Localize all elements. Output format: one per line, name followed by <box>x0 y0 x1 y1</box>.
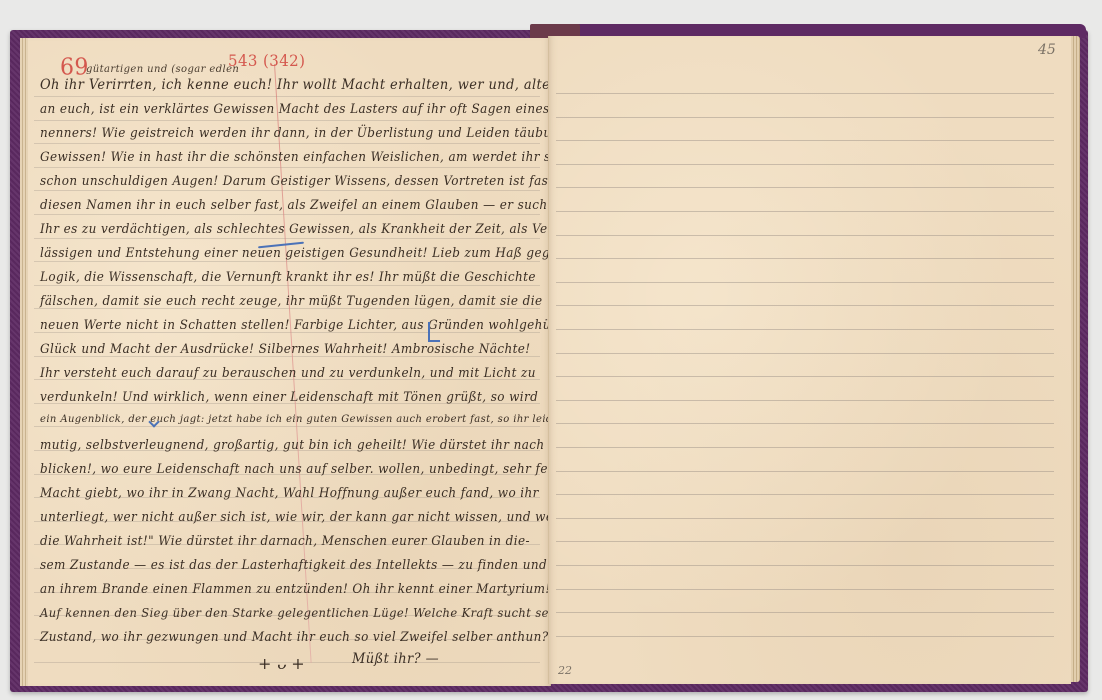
ruled-line <box>556 305 1054 306</box>
closing-mark: + ᴗ + <box>258 654 305 673</box>
text-line: Logik, die Wissenschaft, die Vernunft kr… <box>40 269 536 284</box>
text-line: Ihr es zu verdächtigen, als schlechtes G… <box>40 221 589 236</box>
ruled-line <box>556 400 1054 401</box>
text-line: an euch, ist ein verklärtes Gewissen Mac… <box>40 101 597 116</box>
ruled-line <box>556 471 1054 472</box>
page-number-top: 45 <box>1038 42 1056 58</box>
ruled-line <box>556 140 1054 141</box>
ruled-line <box>556 447 1054 448</box>
text-line: Müßt ihr? — <box>352 651 439 667</box>
text-line: schon unschuldigen Augen! Darum Geistige… <box>40 173 572 188</box>
text-line: Macht giebt, wo ihr in Zwang Nacht, Wahl… <box>40 485 539 500</box>
ruled-line <box>34 214 540 215</box>
text-line: die Wahrheit ist!" Wie dürstet ihr darna… <box>40 533 530 548</box>
text-line: Ihr versteht euch darauf zu berauschen u… <box>40 365 536 380</box>
ruled-line <box>34 426 540 427</box>
header-insert: gütartigen und (sogar edlen <box>86 63 239 75</box>
ruled-line <box>556 211 1054 212</box>
right-page <box>548 36 1071 684</box>
text-line: Zustand, wo ihr gezwungen und Macht ihr … <box>40 629 565 644</box>
text-line: Auf kennen den Sieg über den Starke gele… <box>40 605 573 620</box>
page-number-bottom: 22 <box>558 664 572 677</box>
ruled-line <box>556 636 1054 637</box>
ruled-line <box>556 353 1054 354</box>
archive-reference: 543 (342) <box>228 51 305 70</box>
ruled-line <box>556 376 1054 377</box>
ruled-line <box>556 164 1054 165</box>
text-line: diesen Namen ihr in euch selber fast, al… <box>40 197 553 212</box>
page-stack-edges-left <box>20 38 28 686</box>
ruled-line <box>556 589 1054 590</box>
text-line: Glück und Macht der Ausdrücke! Silbernes… <box>40 341 531 356</box>
ruled-line <box>556 235 1054 236</box>
text-line: neuen Werte nicht in Schatten stellen! F… <box>40 317 574 332</box>
ruled-line <box>34 167 540 168</box>
ruled-line <box>556 117 1054 118</box>
ruled-line <box>556 282 1054 283</box>
ruled-line <box>556 541 1054 542</box>
ruled-line <box>556 93 1054 94</box>
blue-bracket-mark <box>428 322 440 342</box>
text-line: Gewissen! Wie in hast ihr die schönsten … <box>40 149 582 164</box>
ruled-line <box>556 518 1054 519</box>
ruled-line <box>34 308 540 309</box>
text-line: lässigen und Entstehung einer neuen geis… <box>40 245 590 260</box>
ruled-line <box>34 190 540 191</box>
text-line: fälschen, damit sie euch recht zeuge, ih… <box>40 293 542 308</box>
text-line: unterliegt, wer nicht außer sich ist, wi… <box>40 509 559 524</box>
ruled-line <box>556 565 1054 566</box>
text-line: verdunkeln! Und wirklich, wenn einer Lei… <box>40 389 538 404</box>
text-line: sem Zustande — es ist das der Lasterhaft… <box>40 557 547 572</box>
ruled-line <box>34 143 540 144</box>
text-line: ein Augenblick, der euch jagt: jetzt hab… <box>40 413 619 425</box>
ruled-line <box>34 238 540 239</box>
ruled-line <box>34 332 540 333</box>
ruled-line <box>556 187 1054 188</box>
ruled-line <box>556 258 1054 259</box>
text-line: blicken!, wo eure Leidenschaft nach uns … <box>40 461 560 476</box>
ruled-line <box>556 494 1054 495</box>
ruled-line <box>556 329 1054 330</box>
ruled-line <box>34 96 540 97</box>
ruled-line <box>556 612 1054 613</box>
text-line: an ihrem Brande einen Flammen zu entzünd… <box>40 581 551 596</box>
ruled-line <box>34 120 540 121</box>
text-line: Oh ihr Verirrten, ich kenne euch! Ihr wo… <box>40 77 597 93</box>
ruled-line <box>556 423 1054 424</box>
text-line: nenners! Wie geistreich werden ihr dann,… <box>40 125 610 140</box>
